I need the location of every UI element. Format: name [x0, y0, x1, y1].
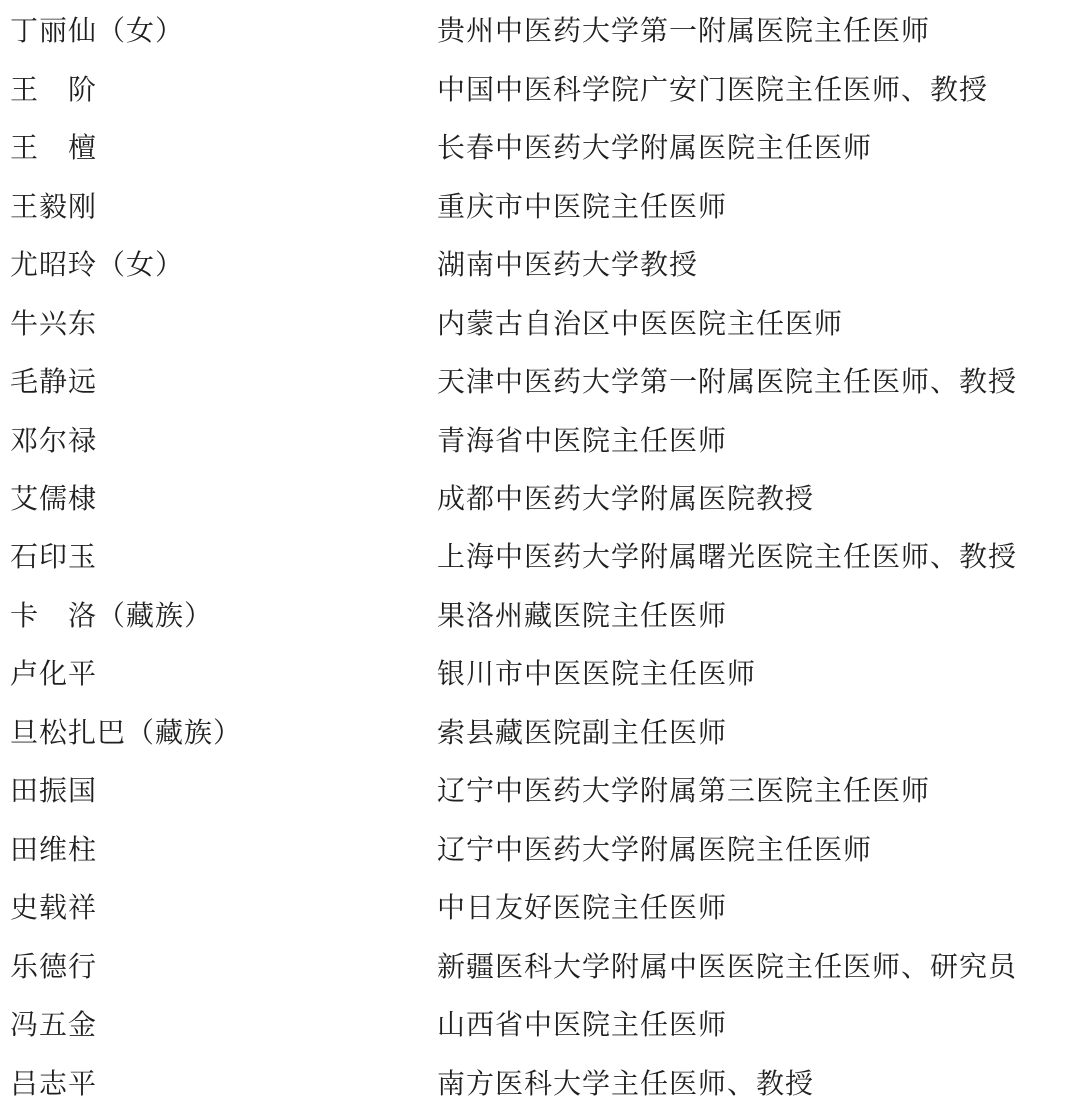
physician-name: 毛静远: [10, 360, 437, 400]
list-row: 王 阶 中国中医科学院广安门医院主任医师、教授: [0, 58, 1069, 116]
physician-name: 乐德行: [10, 945, 437, 985]
physician-name: 王 阶: [10, 68, 437, 108]
list-row: 田维柱 辽宁中医药大学附属医院主任医师: [0, 819, 1069, 877]
physician-affiliation: 新疆医科大学附属中医医院主任医师、研究员: [437, 945, 1069, 985]
physician-affiliation: 中国中医科学院广安门医院主任医师、教授: [437, 68, 1069, 108]
list-row: 吕志平 南方医科大学主任医师、教授: [0, 1052, 1069, 1110]
physician-name: 卢化平: [10, 652, 437, 692]
list-row: 冯五金 山西省中医院主任医师: [0, 994, 1069, 1052]
list-row: 旦松扎巴（藏族） 索县藏医院副主任医师: [0, 702, 1069, 760]
physician-name: 田维柱: [10, 828, 437, 868]
physician-affiliation: 上海中医药大学附属曙光医院主任医师、教授: [437, 535, 1069, 575]
physician-name: 田振国: [10, 769, 437, 809]
physician-list: 丁丽仙（女） 贵州中医药大学第一附属医院主任医师 王 阶 中国中医科学院广安门医…: [0, 0, 1069, 1111]
list-row: 乐德行 新疆医科大学附属中医医院主任医师、研究员: [0, 936, 1069, 994]
physician-name: 卡 洛（藏族）: [10, 594, 437, 634]
list-row: 王 檀 长春中医药大学附属医院主任医师: [0, 117, 1069, 175]
physician-name: 旦松扎巴（藏族）: [10, 711, 437, 751]
physician-affiliation: 辽宁中医药大学附属第三医院主任医师: [437, 769, 1069, 809]
physician-affiliation: 重庆市中医院主任医师: [437, 185, 1069, 225]
physician-name: 尤昭玲（女）: [10, 243, 437, 283]
physician-name: 王毅刚: [10, 185, 437, 225]
list-row: 丁丽仙（女） 贵州中医药大学第一附属医院主任医师: [0, 0, 1069, 58]
list-row: 卡 洛（藏族） 果洛州藏医院主任医师: [0, 585, 1069, 643]
list-row: 田振国 辽宁中医药大学附属第三医院主任医师: [0, 760, 1069, 818]
physician-name: 吕志平: [10, 1062, 437, 1102]
physician-affiliation: 果洛州藏医院主任医师: [437, 594, 1069, 634]
physician-affiliation: 辽宁中医药大学附属医院主任医师: [437, 828, 1069, 868]
physician-affiliation: 贵州中医药大学第一附属医院主任医师: [437, 9, 1069, 49]
physician-name: 牛兴东: [10, 302, 437, 342]
physician-name: 石印玉: [10, 535, 437, 575]
physician-affiliation: 内蒙古自治区中医医院主任医师: [437, 302, 1069, 342]
physician-affiliation: 长春中医药大学附属医院主任医师: [437, 126, 1069, 166]
list-row: 艾儒棣 成都中医药大学附属医院教授: [0, 468, 1069, 526]
physician-name: 史载祥: [10, 886, 437, 926]
list-row: 邓尔禄 青海省中医院主任医师: [0, 409, 1069, 467]
physician-affiliation: 青海省中医院主任医师: [437, 419, 1069, 459]
physician-affiliation: 索县藏医院副主任医师: [437, 711, 1069, 751]
physician-name: 艾儒棣: [10, 477, 437, 517]
physician-name: 冯五金: [10, 1003, 437, 1043]
list-row: 王毅刚 重庆市中医院主任医师: [0, 175, 1069, 233]
list-row: 尤昭玲（女） 湖南中医药大学教授: [0, 234, 1069, 292]
physician-affiliation: 天津中医药大学第一附属医院主任医师、教授: [437, 360, 1069, 400]
physician-affiliation: 中日友好医院主任医师: [437, 886, 1069, 926]
physician-affiliation: 银川市中医医院主任医师: [437, 652, 1069, 692]
list-row: 史载祥 中日友好医院主任医师: [0, 877, 1069, 935]
physician-affiliation: 南方医科大学主任医师、教授: [437, 1062, 1069, 1102]
physician-affiliation: 湖南中医药大学教授: [437, 243, 1069, 283]
physician-affiliation: 成都中医药大学附属医院教授: [437, 477, 1069, 517]
list-row: 牛兴东 内蒙古自治区中医医院主任医师: [0, 292, 1069, 350]
physician-affiliation: 山西省中医院主任医师: [437, 1003, 1069, 1043]
list-row: 卢化平 银川市中医医院主任医师: [0, 643, 1069, 701]
physician-name: 王 檀: [10, 126, 437, 166]
physician-name: 邓尔禄: [10, 419, 437, 459]
physician-name: 丁丽仙（女）: [10, 9, 437, 49]
list-row: 石印玉 上海中医药大学附属曙光医院主任医师、教授: [0, 526, 1069, 584]
list-row: 毛静远 天津中医药大学第一附属医院主任医师、教授: [0, 351, 1069, 409]
